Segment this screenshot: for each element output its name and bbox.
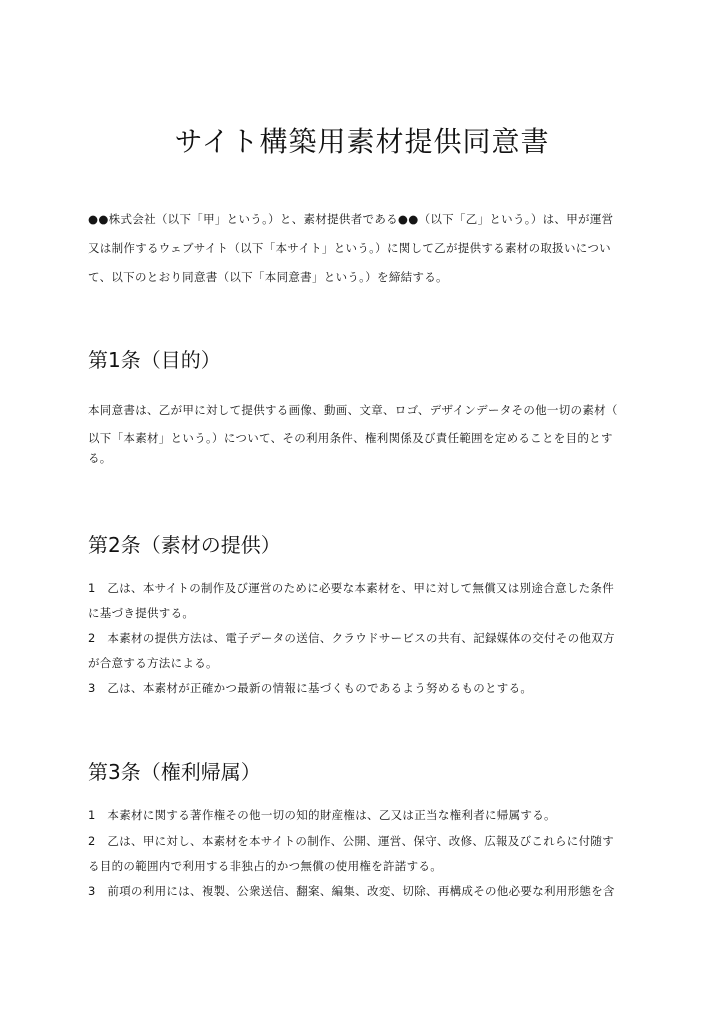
article-clause: 2 本素材の提供方法は、電子データの送信、クラウドサービスの共有、記録媒体の交付…	[88, 630, 648, 646]
document-page: サイト構築用素材提供同意書 ●●株式会社（以下「甲」という。）と、素材提供者であ…	[0, 0, 724, 1024]
document-title: サイト構築用素材提供同意書	[0, 122, 724, 162]
article-clause: 3 前項の利用には、複製、公衆送信、翻案、編集、改変、切除、再構成その他必要な利…	[88, 883, 648, 899]
article-clause-continued: に基づき提供する。	[88, 605, 648, 621]
article-clause: 2 乙は、甲に対し、本素材を本サイトの制作、公開、運営、保守、改修、広報及びこれ…	[88, 833, 648, 849]
preamble-line: ●●株式会社（以下「甲」という。）と、素材提供者である●●（以下「乙」という。）…	[88, 211, 648, 227]
article-heading: 第2条（素材の提供）	[88, 531, 281, 559]
article-line: 以下「本素材」という。）について、その利用条件、権利関係及び責任範囲を定めること…	[88, 430, 648, 446]
article-clause-continued: る目的の範囲内で利用する非独占的かつ無償の使用権を許諾する。	[88, 858, 648, 874]
article-clause: 3 乙は、本素材が正確かつ最新の情報に基づくものであるよう努めるものとする。	[88, 680, 648, 696]
preamble-line: 又は制作するウェブサイト（以下「本サイト」という。）に関して乙が提供する素材の取…	[88, 240, 648, 256]
article-clause: 1 乙は、本サイトの制作及び運営のために必要な本素材を、甲に対して無償又は別途合…	[88, 580, 648, 596]
article-clause-continued: が合意する方法による。	[88, 655, 648, 671]
article-heading: 第3条（権利帰属）	[88, 758, 261, 786]
preamble-line: て、以下のとおり同意書（以下「本同意書」という。）を締結する。	[88, 269, 648, 285]
article-clause: 1 本素材に関する著作権その他一切の知的財産権は、乙又は正当な権利者に帰属する。	[88, 807, 648, 823]
article-line: る。	[88, 450, 648, 466]
article-line: 本同意書は、乙が甲に対して提供する画像、動画、文章、ロゴ、デザインデータその他一…	[88, 402, 648, 418]
article-heading: 第1条（目的）	[88, 346, 221, 374]
